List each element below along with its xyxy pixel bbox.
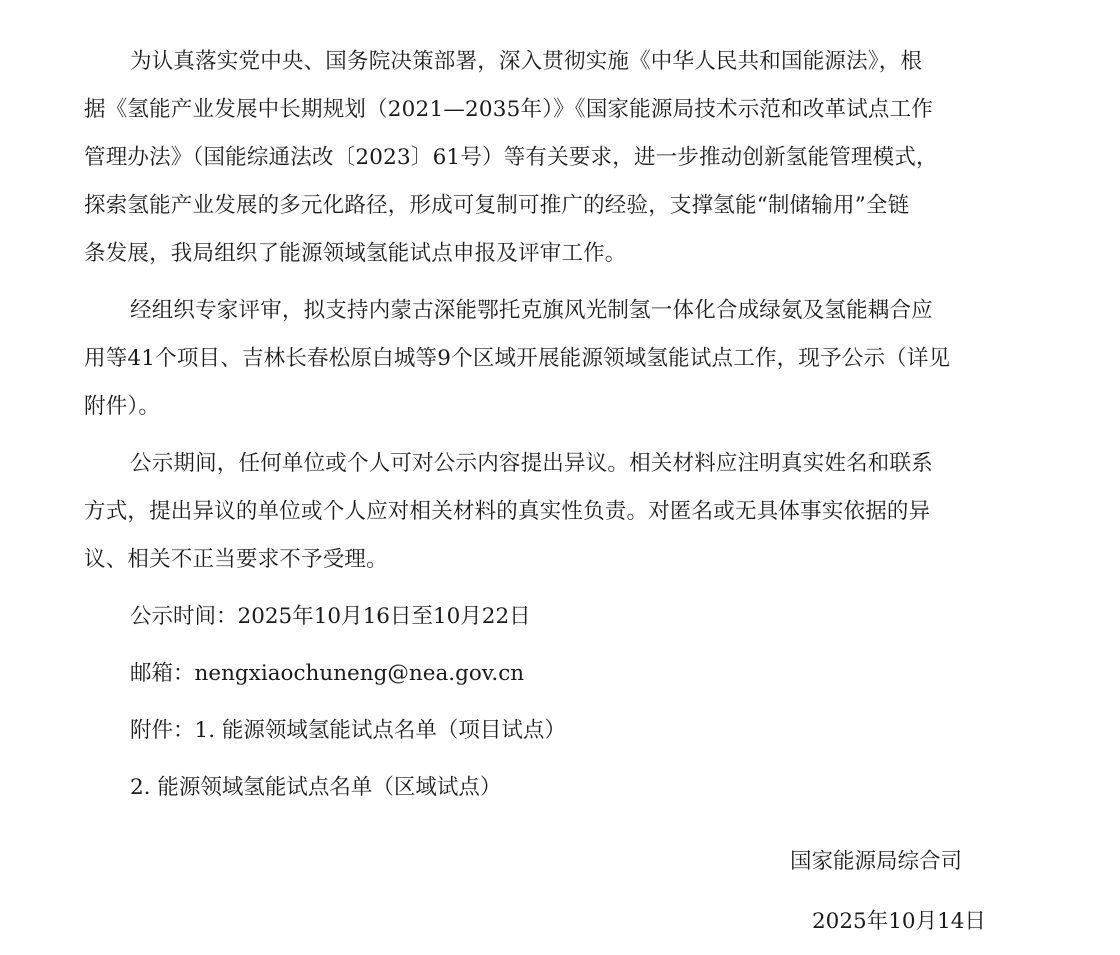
attachment-link-regional-pilots[interactable]: 2. 能源领域氢能试点名单（区域试点） — [130, 775, 501, 800]
paragraph-line: 管理办法》（国能综通法改〔2023〕61号）等有关要求，进一步推动创新氢能管理模… — [84, 134, 1034, 182]
attachment-1: 附件：1. 能源领域氢能试点名单（项目试点） — [84, 707, 1034, 755]
paragraph-line: 为认真落实党中央、国务院决策部署，深入贯彻实施《中华人民共和国能源法》，根 — [84, 38, 1034, 86]
paragraph-line: 探索氢能产业发展的多元化路径，形成可复制可推广的经验，支撑氢能“制储输用”全链 — [84, 182, 1034, 230]
signature-organization: 国家能源局综合司 — [790, 847, 962, 877]
publicity-period-value: 2025年10月16日至10月22日 — [238, 604, 531, 629]
paragraph-line: 议、相关不正当要求不予受理。 — [84, 536, 1034, 584]
paragraph-review-result: 经组织专家评审，拟支持内蒙古深能鄂托克旗风光制氢一体化合成绿氨及氢能耦合应 用等… — [84, 287, 1034, 431]
paragraph-line: 据《氢能产业发展中长期规划（2021—2035年）》《国家能源局技术示范和改革试… — [84, 86, 1034, 134]
attachment-link-project-pilots[interactable]: 1. 能源领域氢能试点名单（项目试点） — [195, 718, 566, 743]
email-link[interactable]: nengxiaochuneng@nea.gov.cn — [195, 661, 525, 686]
paragraph-line: 用等41个项目、吉林长春松原白城等9个区域开展能源领域氢能试点工作，现予公示（详… — [84, 335, 1034, 383]
paragraph-line: 公示期间，任何单位或个人可对公示内容提出异议。相关材料应注明真实姓名和联系 — [84, 440, 1034, 488]
paragraph-background: 为认真落实党中央、国务院决策部署，深入贯彻实施《中华人民共和国能源法》，根 据《… — [84, 38, 1034, 278]
contact-email: 邮箱：nengxiaochuneng@nea.gov.cn — [84, 650, 1034, 698]
paragraph-line: 经组织专家评审，拟支持内蒙古深能鄂托克旗风光制氢一体化合成绿氨及氢能耦合应 — [84, 287, 1034, 335]
signature-date: 2025年10月14日 — [812, 907, 986, 937]
paragraph-line: 条发展，我局组织了能源领域氢能试点申报及评审工作。 — [84, 230, 1034, 278]
paragraph-line: 方式，提出异议的单位或个人应对相关材料的真实性负责。对匿名或无具体事实依据的异 — [84, 488, 1034, 536]
notice-document: 为认真落实党中央、国务院决策部署，深入贯彻实施《中华人民共和国能源法》，根 据《… — [84, 38, 1034, 821]
paragraph-line: 附件）。 — [84, 383, 1034, 431]
attachment-2: 2. 能源领域氢能试点名单（区域试点） — [84, 764, 1034, 812]
publicity-period-label: 公示时间： — [130, 604, 238, 629]
paragraph-objection-policy: 公示期间，任何单位或个人可对公示内容提出异议。相关材料应注明真实姓名和联系 方式… — [84, 440, 1034, 584]
publicity-period: 公示时间：2025年10月16日至10月22日 — [84, 593, 1034, 641]
attachments-label: 附件： — [130, 718, 195, 743]
email-label: 邮箱： — [130, 661, 195, 686]
